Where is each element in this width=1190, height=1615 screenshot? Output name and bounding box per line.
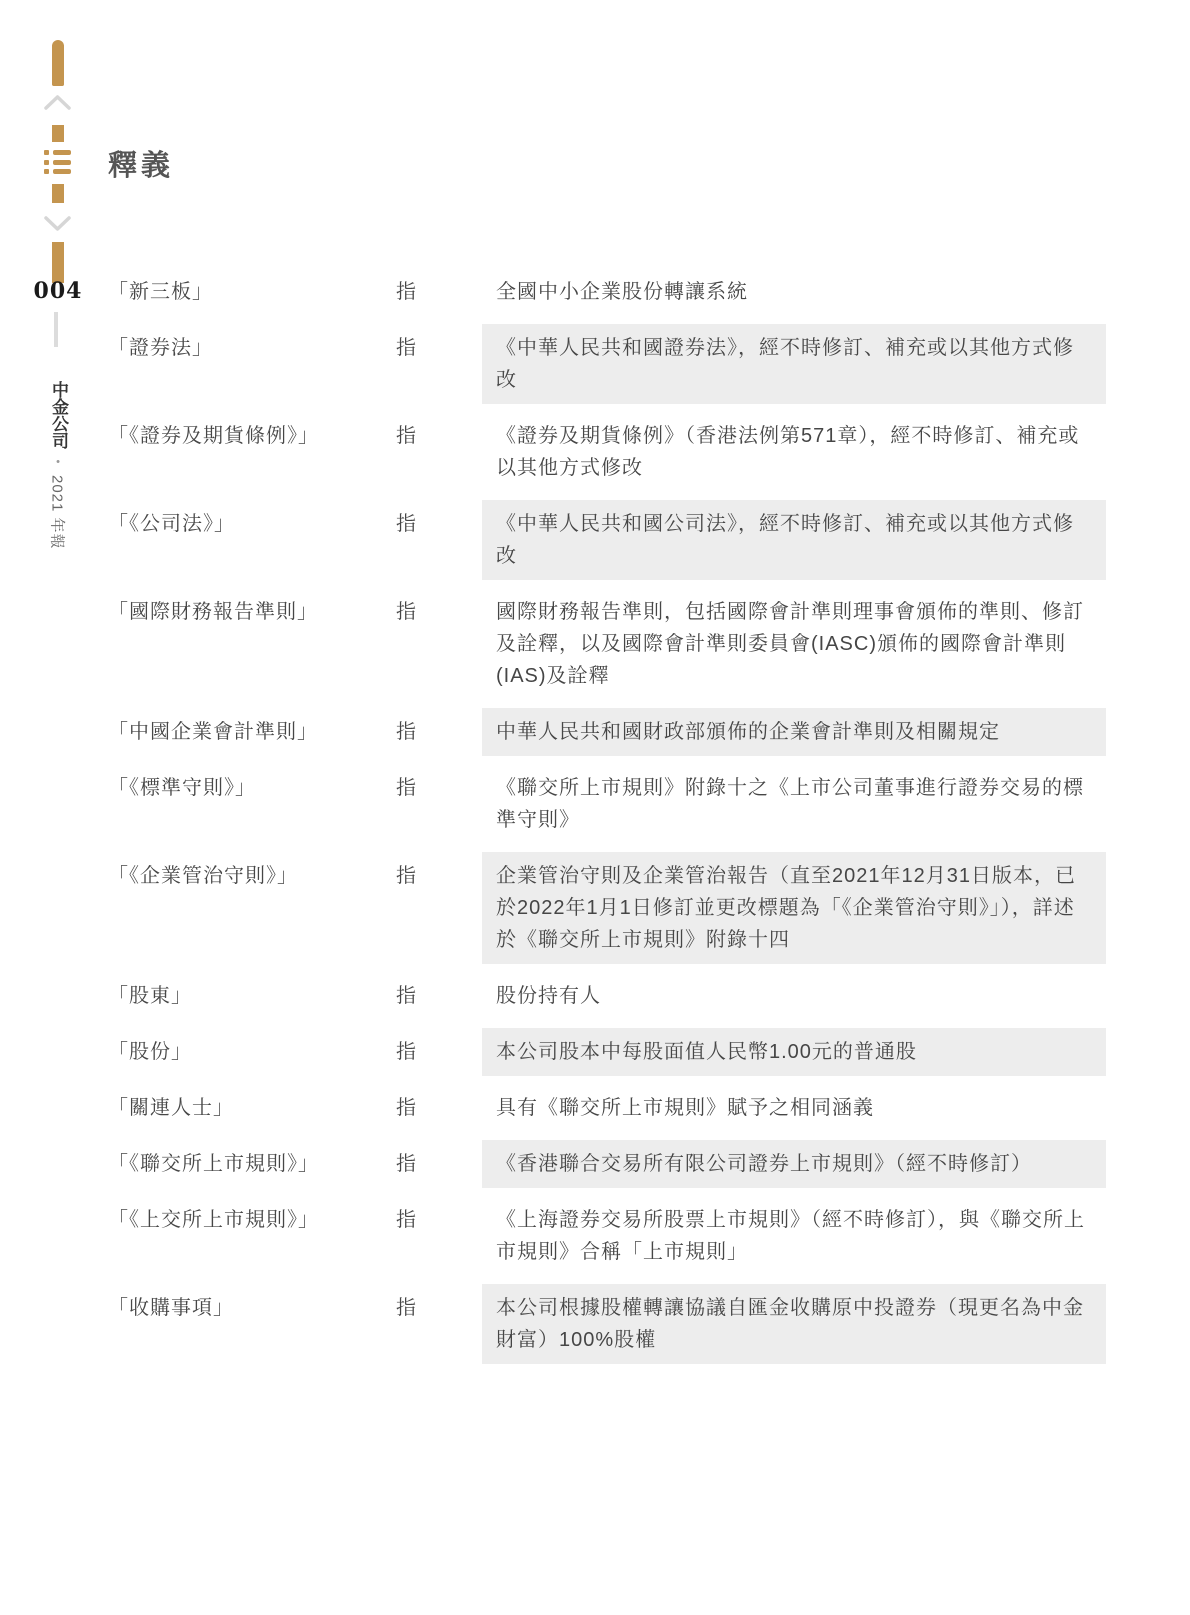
- page-number: 004: [32, 278, 84, 304]
- definition-row: 「收購事項」 指 本公司根據股權轉讓協議自匯金收購原中投證券（現更名為中金財富）…: [108, 1284, 1106, 1364]
- definition-term: 「《標準守則》」: [108, 764, 396, 844]
- definition-connector: 指: [396, 972, 482, 1020]
- definition-text: 中華人民共和國財政部頒佈的企業會計準則及相關規定: [482, 708, 1106, 756]
- definition-text: 本公司股本中每股面值人民幣1.00元的普通股: [482, 1028, 1106, 1076]
- decorative-square-top: [52, 125, 64, 142]
- definition-row: 「《標準守則》」 指 《聯交所上市規則》附錄十之《上市公司董事進行證券交易的標準…: [108, 764, 1106, 844]
- definition-term: 「證券法」: [108, 324, 396, 404]
- definition-connector: 指: [396, 1196, 482, 1276]
- definition-text: 國際財務報告準則，包括國際會計準則理事會頒佈的準則、修訂及詮釋，以及國際會計準則…: [482, 588, 1106, 700]
- definition-text: 全國中小企業股份轉讓系統: [482, 268, 1106, 316]
- definition-connector: 指: [396, 852, 482, 964]
- definition-row: 「關連人士」 指 具有《聯交所上市規則》賦予之相同涵義: [108, 1084, 1106, 1132]
- definition-row: 「《上交所上市規則》」 指 《上海證券交易所股票上市規則》（經不時修訂），與《聯…: [108, 1196, 1106, 1276]
- definition-row: 「《公司法》」 指 《中華人民共和國公司法》，經不時修訂、補充或以其他方式修改: [108, 500, 1106, 580]
- definition-row: 「國際財務報告準則」 指 國際財務報告準則，包括國際會計準則理事會頒佈的準則、修…: [108, 588, 1106, 700]
- definitions-table: 「新三板」 指 全國中小企業股份轉讓系統 「證券法」 指 《中華人民共和國證券法…: [108, 268, 1106, 1372]
- definition-text: 《中華人民共和國公司法》，經不時修訂、補充或以其他方式修改: [482, 500, 1106, 580]
- definition-text: 《上海證券交易所股票上市規則》（經不時修訂），與《聯交所上市規則》合稱「上市規則…: [482, 1196, 1106, 1276]
- chevron-down-icon: [44, 215, 71, 232]
- definition-term: 「《證券及期貨條例》」: [108, 412, 396, 492]
- definition-term: 「收購事項」: [108, 1284, 396, 1364]
- definition-row: 「股份」 指 本公司股本中每股面值人民幣1.00元的普通股: [108, 1028, 1106, 1076]
- definition-term: 「關連人士」: [108, 1084, 396, 1132]
- definition-term: 「股東」: [108, 972, 396, 1020]
- decorative-bar-middle: [52, 242, 64, 283]
- definition-connector: 指: [396, 1084, 482, 1132]
- definition-row: 「《聯交所上市規則》」 指 《香港聯合交易所有限公司證券上市規則》（經不時修訂）: [108, 1140, 1106, 1188]
- definition-text: 《證券及期貨條例》（香港法例第571章），經不時修訂、補充或以其他方式修改: [482, 412, 1106, 492]
- definition-term: 「《企業管治守則》」: [108, 852, 396, 964]
- definition-connector: 指: [396, 708, 482, 756]
- definition-term: 「《公司法》」: [108, 500, 396, 580]
- definition-connector: 指: [396, 764, 482, 844]
- definition-row: 「《企業管治守則》」 指 企業管治守則及企業管治報告（直至2021年12月31日…: [108, 852, 1106, 964]
- definition-text: 企業管治守則及企業管治報告（直至2021年12月31日版本，已於2022年1月1…: [482, 852, 1106, 964]
- definition-connector: 指: [396, 500, 482, 580]
- definition-connector: 指: [396, 324, 482, 404]
- definition-text: 《聯交所上市規則》附錄十之《上市公司董事進行證券交易的標準守則》: [482, 764, 1106, 844]
- definition-term: 「《上交所上市規則》」: [108, 1196, 396, 1276]
- definition-term: 「新三板」: [108, 268, 396, 316]
- page-title: 釋義: [108, 143, 174, 184]
- definition-term: 「《聯交所上市規則》」: [108, 1140, 396, 1188]
- report-year-label: 2021 年報: [48, 475, 69, 550]
- chevron-up-icon: [44, 94, 71, 111]
- toc-list-icon: [44, 150, 71, 174]
- definition-term: 「國際財務報告準則」: [108, 588, 396, 700]
- definition-connector: 指: [396, 1028, 482, 1076]
- definition-row: 「新三板」 指 全國中小企業股份轉讓系統: [108, 268, 1106, 316]
- definition-row: 「《證券及期貨條例》」 指 《證券及期貨條例》（香港法例第571章），經不時修訂…: [108, 412, 1106, 492]
- definition-text: 具有《聯交所上市規則》賦予之相同涵義: [482, 1084, 1106, 1132]
- definition-row: 「股東」 指 股份持有人: [108, 972, 1106, 1020]
- definition-connector: 指: [396, 268, 482, 316]
- page-number-tick: [54, 312, 58, 347]
- definition-term: 「股份」: [108, 1028, 396, 1076]
- definition-row: 「證券法」 指 《中華人民共和國證券法》，經不時修訂、補充或以其他方式修改: [108, 324, 1106, 404]
- decorative-square-bottom: [52, 184, 64, 203]
- definition-connector: 指: [396, 412, 482, 492]
- definition-text: 《中華人民共和國證券法》，經不時修訂、補充或以其他方式修改: [482, 324, 1106, 404]
- definition-text: 股份持有人: [482, 972, 1106, 1020]
- definition-text: 本公司根據股權轉讓協議自匯金收購原中投證券（現更名為中金財富）100%股權: [482, 1284, 1106, 1364]
- definition-connector: 指: [396, 1140, 482, 1188]
- company-name-vertical: 中金公司: [49, 381, 67, 449]
- definition-term: 「中國企業會計準則」: [108, 708, 396, 756]
- definition-row: 「中國企業會計準則」 指 中華人民共和國財政部頒佈的企業會計準則及相關規定: [108, 708, 1106, 756]
- decorative-bar-top: [52, 40, 64, 86]
- definition-text: 《香港聯合交易所有限公司證券上市規則》（經不時修訂）: [482, 1140, 1106, 1188]
- definition-connector: 指: [396, 1284, 482, 1364]
- bullet-separator: •: [56, 456, 60, 468]
- definition-connector: 指: [396, 588, 482, 700]
- side-label: 中金公司 • 2021 年報: [40, 381, 76, 550]
